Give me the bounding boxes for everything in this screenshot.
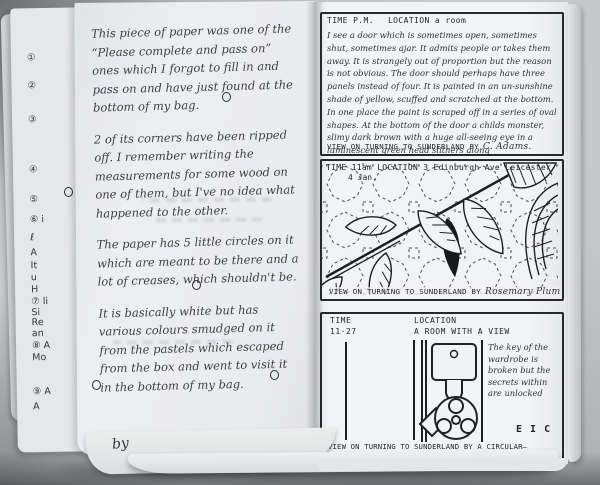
margin-fragment: an [32, 328, 44, 339]
panel1-caption-text: VIEW ON TURNING TO SUNDERLAND BY [327, 142, 479, 151]
margin-fragment: u [31, 272, 37, 283]
panel3-time-label: TIME [330, 316, 351, 325]
journal-panel-leaves: TIME 11am LOCATION 3 Edinburgh Ave Leice… [320, 159, 564, 301]
panel3-monogram: E I C [516, 424, 551, 435]
panel2-time: TIME 11am [326, 163, 372, 172]
margin-fragment: ① [27, 52, 36, 63]
panel1-location: LOCATION a room [388, 16, 466, 25]
panel2-location: LOCATION 3 Edinburgh Ave Leicester [377, 163, 551, 172]
margin-fragment: ⑤ [29, 194, 38, 205]
book-gutter [306, 2, 322, 462]
journal-panel-door: TIME P.M. LOCATION a room I see a door w… [320, 12, 564, 156]
handwritten-entry: This piece of paper was one of the “Plea… [91, 19, 303, 409]
little-circle [92, 380, 101, 390]
paragraph-2: 2 of its corners have been ripped off. I… [94, 125, 298, 223]
little-circle [64, 187, 73, 197]
margin-fragment: ② [27, 80, 36, 91]
show-through-line [152, 218, 262, 223]
left-page: This piece of paper was one of the “Plea… [74, 1, 317, 455]
margin-fragment: H [31, 284, 38, 295]
panel1-caption: VIEW ON TURNING TO SUNDERLAND BY C. Adam… [327, 142, 559, 152]
page-edge-bottom-right [318, 458, 568, 471]
panel1-time: TIME P.M. [327, 16, 374, 25]
journal-panel-key: TIME LOCATION 11·27 A ROOM WITH A VIEW [320, 312, 564, 466]
show-through-line [113, 340, 233, 345]
margin-fragment: ℓ [30, 232, 34, 243]
margin-fragment: ⑨ A [33, 386, 51, 397]
right-page: TIME P.M. LOCATION a room I see a door w… [314, 2, 568, 464]
handwritten-by: by [111, 435, 129, 453]
paragraph-4: It is basically white but has various co… [98, 299, 302, 397]
panel3-side-note: The key of the wardrobe is broken but th… [488, 342, 558, 400]
panel3-location-value: A ROOM WITH A VIEW [414, 327, 510, 336]
little-circle [270, 370, 279, 380]
panel3-location-label: LOCATION [414, 316, 457, 325]
margin-fragment: Re [32, 317, 44, 328]
margin-fragment: ③ [28, 114, 37, 125]
panel2-caption: VIEW ON TURNING TO SUNDERLAND BY Rosemar… [327, 287, 559, 297]
margin-fragment: A [30, 247, 37, 258]
margin-fragment: It [31, 260, 38, 271]
margin-fragment: ⑥ i [30, 214, 44, 225]
paragraph-1: This piece of paper was one of the “Plea… [91, 19, 295, 117]
photo-open-notebook: ① ② ③ ④ ⑤ ⑥ i ℓ A It u H ⑦ li Si Re an ⑧… [0, 0, 600, 485]
little-circle [222, 92, 231, 102]
panel2-date: 4 Jan. [348, 173, 377, 182]
margin-fragment: ⑧ A [32, 340, 50, 351]
cover-edge-right [568, 4, 581, 462]
panel2-header: TIME 11am LOCATION 3 Edinburgh Ave Leice… [326, 163, 551, 172]
panel2-caption-text: VIEW ON TURNING TO SUNDERLAND BY [329, 287, 481, 296]
panel1-header: TIME P.M. LOCATION a room [327, 16, 466, 25]
margin-fragment: ④ [29, 164, 38, 175]
little-circle [192, 280, 201, 290]
margin-fragment: A [33, 401, 40, 412]
margin-fragment: ⑦ li [31, 296, 48, 307]
panel1-body: I see a door which is sometimes open, so… [327, 29, 558, 157]
panel1-author: C. Adams. [483, 142, 532, 152]
margin-fragment: Mo [32, 352, 46, 363]
panel2-author: Rosemary Plum [485, 287, 560, 297]
panel3-time-value: 11·27 [330, 327, 357, 336]
